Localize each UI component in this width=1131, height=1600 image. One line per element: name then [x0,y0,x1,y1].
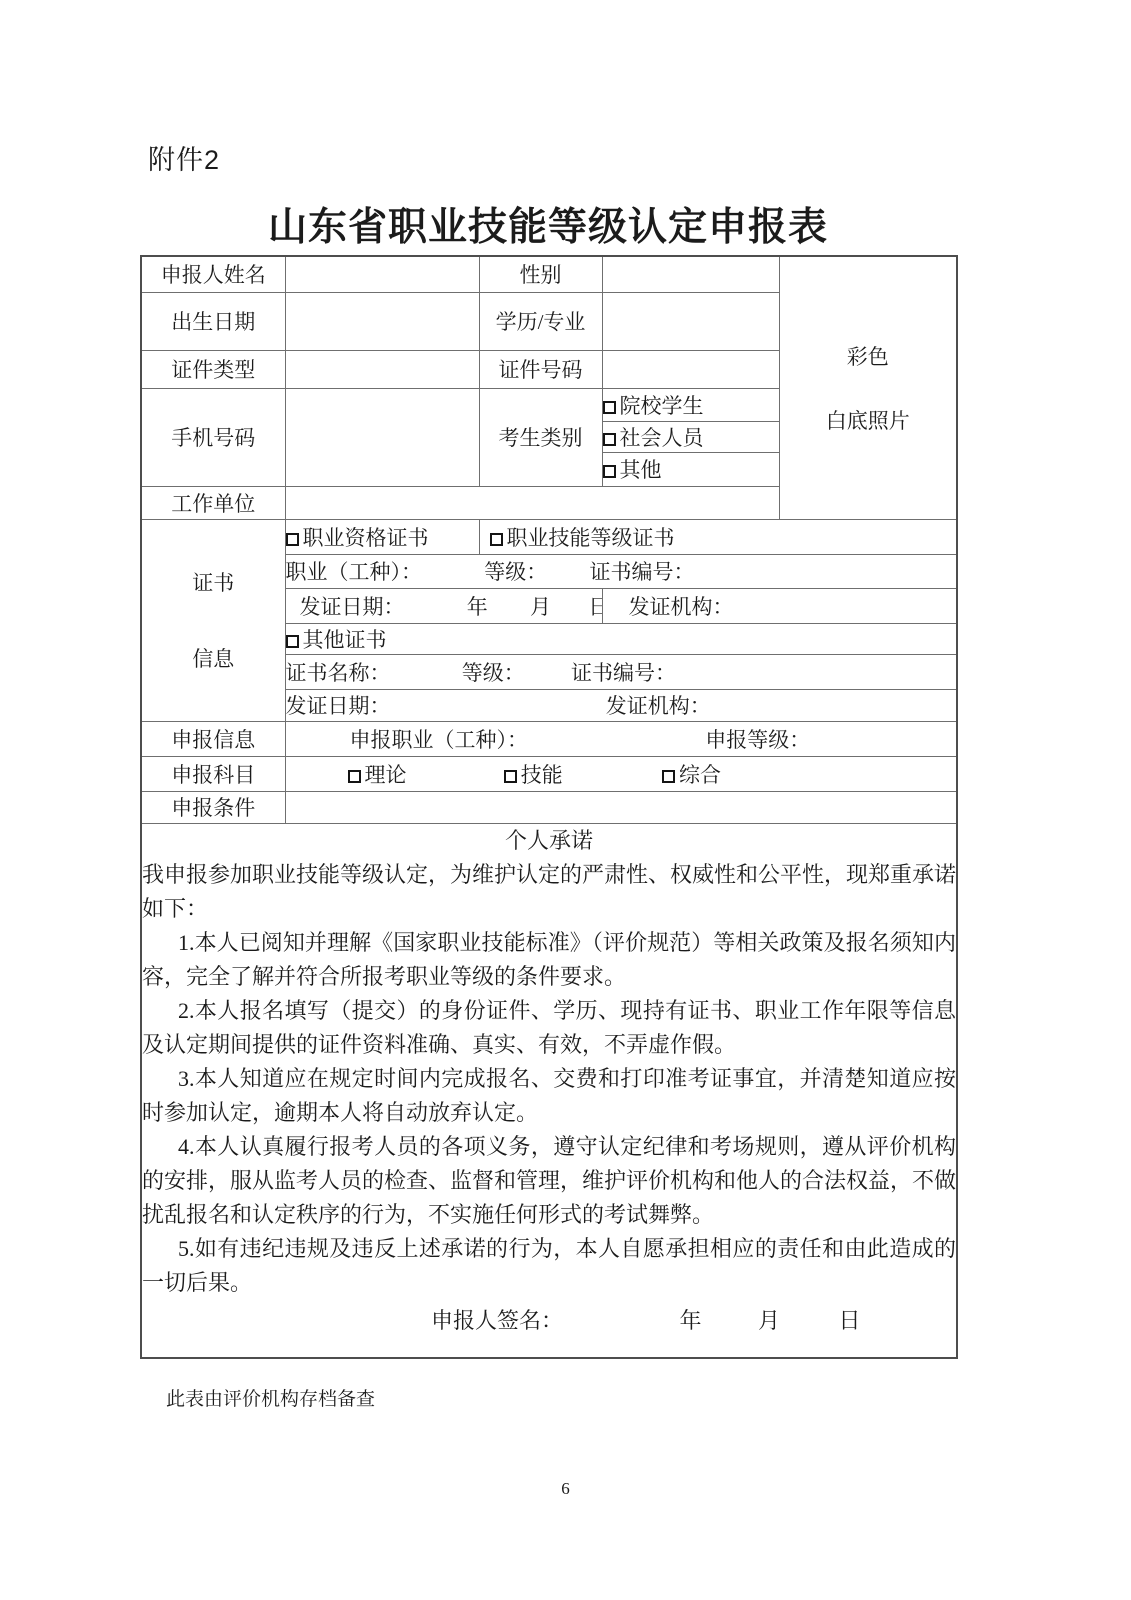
birth-date-label: 出生日期 [141,292,285,350]
cert-issue-date2-row: 发证日期： 发证机构： [285,689,957,721]
cert-issue-date2-label: 发证日期： [286,690,391,720]
work-unit-input[interactable] [285,486,779,519]
cert-type-skill-level[interactable]: 职业技能等级证书 [479,519,957,554]
cert-name-label: 证书名称： [286,657,391,687]
cert-other-label: 其他证书 [303,628,387,652]
checkbox-icon[interactable] [504,770,517,783]
education-major-label: 学历/专业 [479,292,602,350]
candidate-option-student-label: 院校学生 [620,394,704,418]
cert-day-label: 日 [588,591,602,621]
cert-other-row[interactable]: 其他证书 [285,623,957,654]
apply-subject-label: 申报科目 [141,756,285,791]
document-page: 附件2 山东省职业技能等级认定申报表 申报人姓名 性别 彩色 白底照片 出生日期… [0,0,1131,1600]
apply-level-label: 申报等级： [705,724,810,754]
applicant-name-input[interactable] [285,256,479,292]
checkbox-icon[interactable] [603,465,616,478]
subject-option-skill[interactable]: 技能 [504,759,563,789]
subject-theory-label: 理论 [365,763,407,787]
signature-row: 申报人签名： 年 月 日 [142,1306,956,1336]
apply-info-label: 申报信息 [141,721,285,756]
apply-condition-label: 申报条件 [141,791,285,823]
signature-year-label: 年 [680,1308,702,1333]
cert-issuer2-label: 发证机构： [606,690,711,720]
candidate-option-other-label: 其他 [620,458,662,482]
cert-type2-label: 职业技能等级证书 [507,526,675,550]
signature-month-label: 月 [758,1308,780,1333]
attachment-label: 附件2 [148,138,220,177]
commitment-item-2: 2.本人报名填写（提交）的身份证件、学历、现持有证书、职业工作年限等信息及认定期… [142,994,956,1062]
commitment-item-5: 5.如有违纪违规及违反上述承诺的行为，本人自愿承担相应的责任和由此造成的一切后果… [142,1232,956,1300]
cert-issuer-cell: 发证机构： [602,588,957,623]
signature-day-label: 日 [839,1308,861,1333]
checkbox-icon[interactable] [603,433,616,446]
birth-date-input[interactable] [285,292,479,350]
cert-issue-date-label: 发证日期： [300,591,405,621]
photo-box: 彩色 白底照片 [779,256,957,519]
page-number: 6 [0,1479,1131,1499]
archive-note: 此表由评价机构存档备查 [166,1384,375,1411]
signature-label: 申报人签名： [431,1308,563,1333]
photo-box-line2: 白底照片 [780,405,957,435]
commitment-title: 个人承诺 [142,824,956,858]
applicant-name-label: 申报人姓名 [141,256,285,292]
candidate-option-social[interactable]: 社会人员 [602,421,779,452]
page-title: 山东省职业技能等级认定申报表 [140,196,956,252]
work-unit-label: 工作单位 [141,486,285,519]
cert-occupation-label: 职业（工种）： [286,556,423,586]
apply-condition-input[interactable] [285,791,957,823]
commitment-item-4: 4.本人认真履行报考人员的各项义务，遵守认定纪律和考场规则，遵从评价机构的安排，… [142,1130,956,1232]
cert-year-label: 年 [467,591,488,621]
cert-month-label: 月 [530,591,551,621]
checkbox-icon[interactable] [286,635,299,648]
checkbox-icon[interactable] [490,533,503,546]
subject-option-comprehensive[interactable]: 综合 [662,759,721,789]
id-number-label: 证件号码 [479,350,602,388]
cert-issuer-label: 发证机构： [629,595,734,619]
checkbox-icon[interactable] [603,401,616,414]
cert-type-vocational-qualification[interactable]: 职业资格证书 [285,519,479,554]
commitment-section: 个人承诺 我申报参加职业技能等级认定，为维护认定的严肃性、权威性和公平性，现郑重… [141,823,957,1358]
checkbox-icon[interactable] [348,770,361,783]
subject-skill-label: 技能 [521,763,563,787]
commitment-item-3: 3.本人知道应在规定时间内完成报名、交费和打印准考证事宜，并清楚知道应按时参加认… [142,1062,956,1130]
cert-type1-label: 职业资格证书 [303,526,429,550]
cert-level-label: 等级： [484,556,547,586]
photo-box-line1: 彩色 [780,341,957,371]
cert-level2-label: 等级： [462,657,525,687]
apply-info-row: 申报职业（工种）： 申报等级： [285,721,957,756]
gender-input[interactable] [602,256,779,292]
certificate-label-line2: 信息 [142,643,285,673]
id-number-input[interactable] [602,350,779,388]
id-type-label: 证件类型 [141,350,285,388]
checkbox-icon[interactable] [286,533,299,546]
cert-name-row: 证书名称： 等级： 证书编号： [285,654,957,689]
phone-input[interactable] [285,388,479,486]
phone-label: 手机号码 [141,388,285,486]
gender-label: 性别 [479,256,602,292]
application-form-table: 申报人姓名 性别 彩色 白底照片 出生日期 学历/专业 证件类型 证件号码 手机… [140,255,958,1359]
commitment-intro: 我申报参加职业技能等级认定，为维护认定的严肃性、权威性和公平性，现郑重承诺如下： [142,858,956,926]
cert-number-label: 证书编号： [590,556,695,586]
subject-option-theory[interactable]: 理论 [348,759,407,789]
candidate-option-social-label: 社会人员 [620,426,704,450]
cert-issue-date-row: 发证日期： 年 月 日 [285,588,602,623]
apply-occupation-label: 申报职业（工种）： [350,724,529,754]
education-major-input[interactable] [602,292,779,350]
candidate-type-label: 考生类别 [479,388,602,486]
apply-subject-row: 理论 技能 综合 [285,756,957,791]
checkbox-icon[interactable] [662,770,675,783]
cert-number2-label: 证书编号： [571,657,676,687]
commitment-item-1: 1.本人已阅知并理解《国家职业技能标准》（评价规范）等相关政策及报名须知内容，完… [142,926,956,994]
id-type-input[interactable] [285,350,479,388]
certificate-label-line1: 证书 [142,567,285,597]
cert-occupation-row: 职业（工种）： 等级： 证书编号： [285,554,957,588]
candidate-option-student[interactable]: 院校学生 [602,388,779,421]
certificate-section-label: 证书 信息 [141,519,285,721]
subject-comprehensive-label: 综合 [679,763,721,787]
candidate-option-other[interactable]: 其他 [602,452,779,486]
